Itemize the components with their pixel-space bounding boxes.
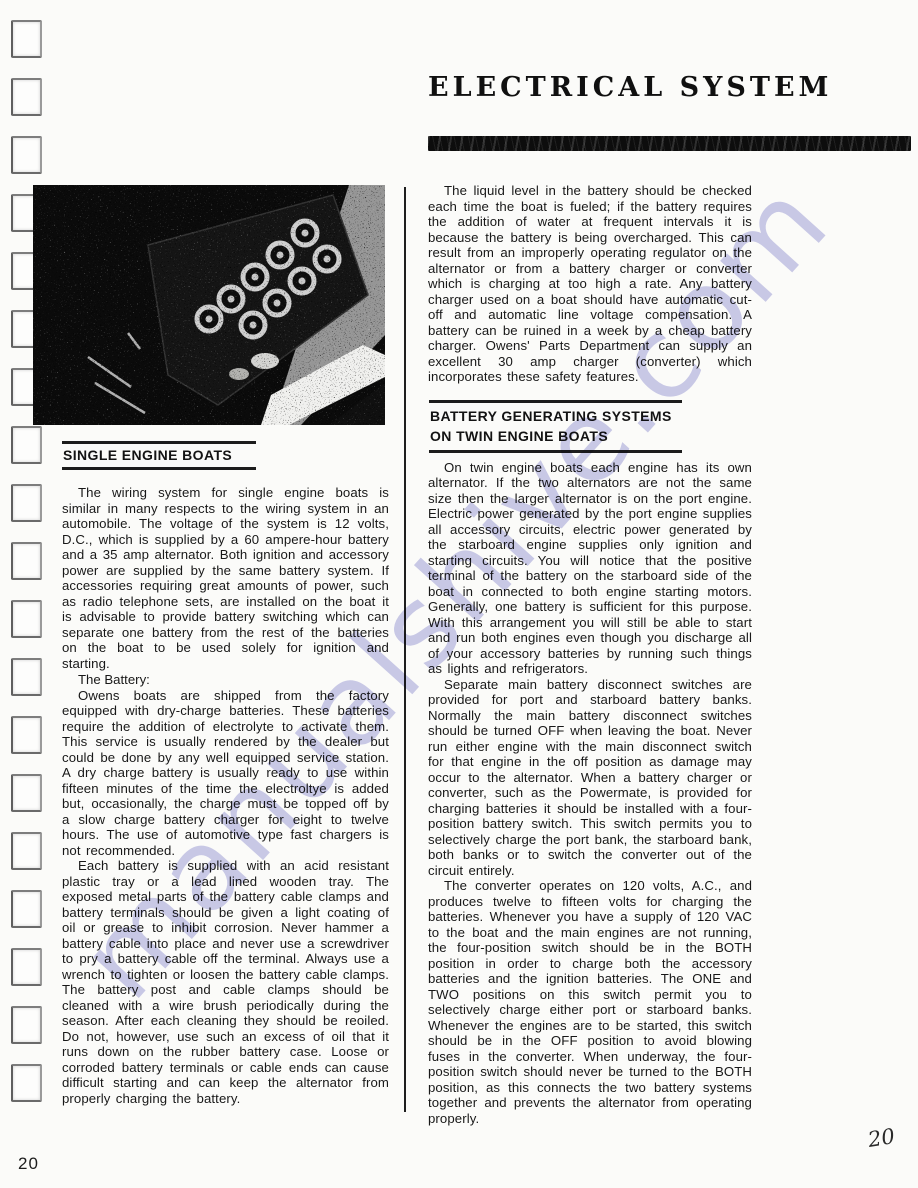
binding-hole	[11, 136, 42, 174]
binding-hole	[11, 948, 42, 986]
binding-hole	[11, 774, 42, 812]
right-column: The liquid level in the battery should b…	[428, 183, 752, 1126]
section-heading-battery-generating: BATTERY GENERATING SYSTEMS ON TWIN ENGIN…	[429, 400, 682, 453]
page-number-right: 20	[866, 1124, 896, 1152]
page-number-left: 20	[18, 1154, 39, 1174]
battery-photo-art	[33, 185, 385, 425]
binding-hole	[11, 1064, 42, 1102]
heading-line-2: ON TWIN ENGINE BOATS	[430, 428, 608, 444]
binding-hole	[11, 832, 42, 870]
heading-line-1: BATTERY GENERATING SYSTEMS	[430, 408, 672, 424]
paragraph-converter: The converter operates on 120 volts, A.C…	[428, 878, 752, 1126]
binding-hole	[11, 542, 42, 580]
paragraph-liquid-level: The liquid level in the battery should b…	[428, 183, 752, 385]
paragraph-battery-care: Each battery is supplied with an acid re…	[62, 858, 389, 1106]
column-divider-line	[404, 187, 406, 1112]
binding-hole	[11, 1006, 42, 1044]
left-column: SINGLE ENGINE BOATS The wiring system fo…	[62, 441, 389, 1106]
title-rule-bar	[428, 136, 911, 151]
binding-hole	[11, 426, 42, 464]
binding-hole	[11, 484, 42, 522]
binding-hole	[11, 716, 42, 754]
page-title: ELECTRICAL SYSTEM	[428, 74, 832, 101]
binding-hole	[11, 890, 42, 928]
binding-hole	[11, 600, 42, 638]
subheading-the-battery: The Battery:	[62, 672, 389, 688]
paragraph-disconnect-switches: Separate main battery disconnect switche…	[428, 677, 752, 879]
manual-page: ELECTRICAL SYSTEM SINGLE ENGINE BOATS Th…	[0, 0, 918, 1188]
paragraph-dry-charge: Owens boats are shipped from the factory…	[62, 688, 389, 859]
paragraph-wiring-system: The wiring system for single engine boat…	[62, 485, 389, 671]
binding-hole	[11, 20, 42, 58]
battery-photo	[33, 185, 385, 425]
binding-hole	[11, 658, 42, 696]
section-heading-single-engine: SINGLE ENGINE BOATS	[62, 441, 256, 470]
paragraph-twin-engine: On twin engine boats each engine has its…	[428, 460, 752, 677]
binding-hole	[11, 78, 42, 116]
